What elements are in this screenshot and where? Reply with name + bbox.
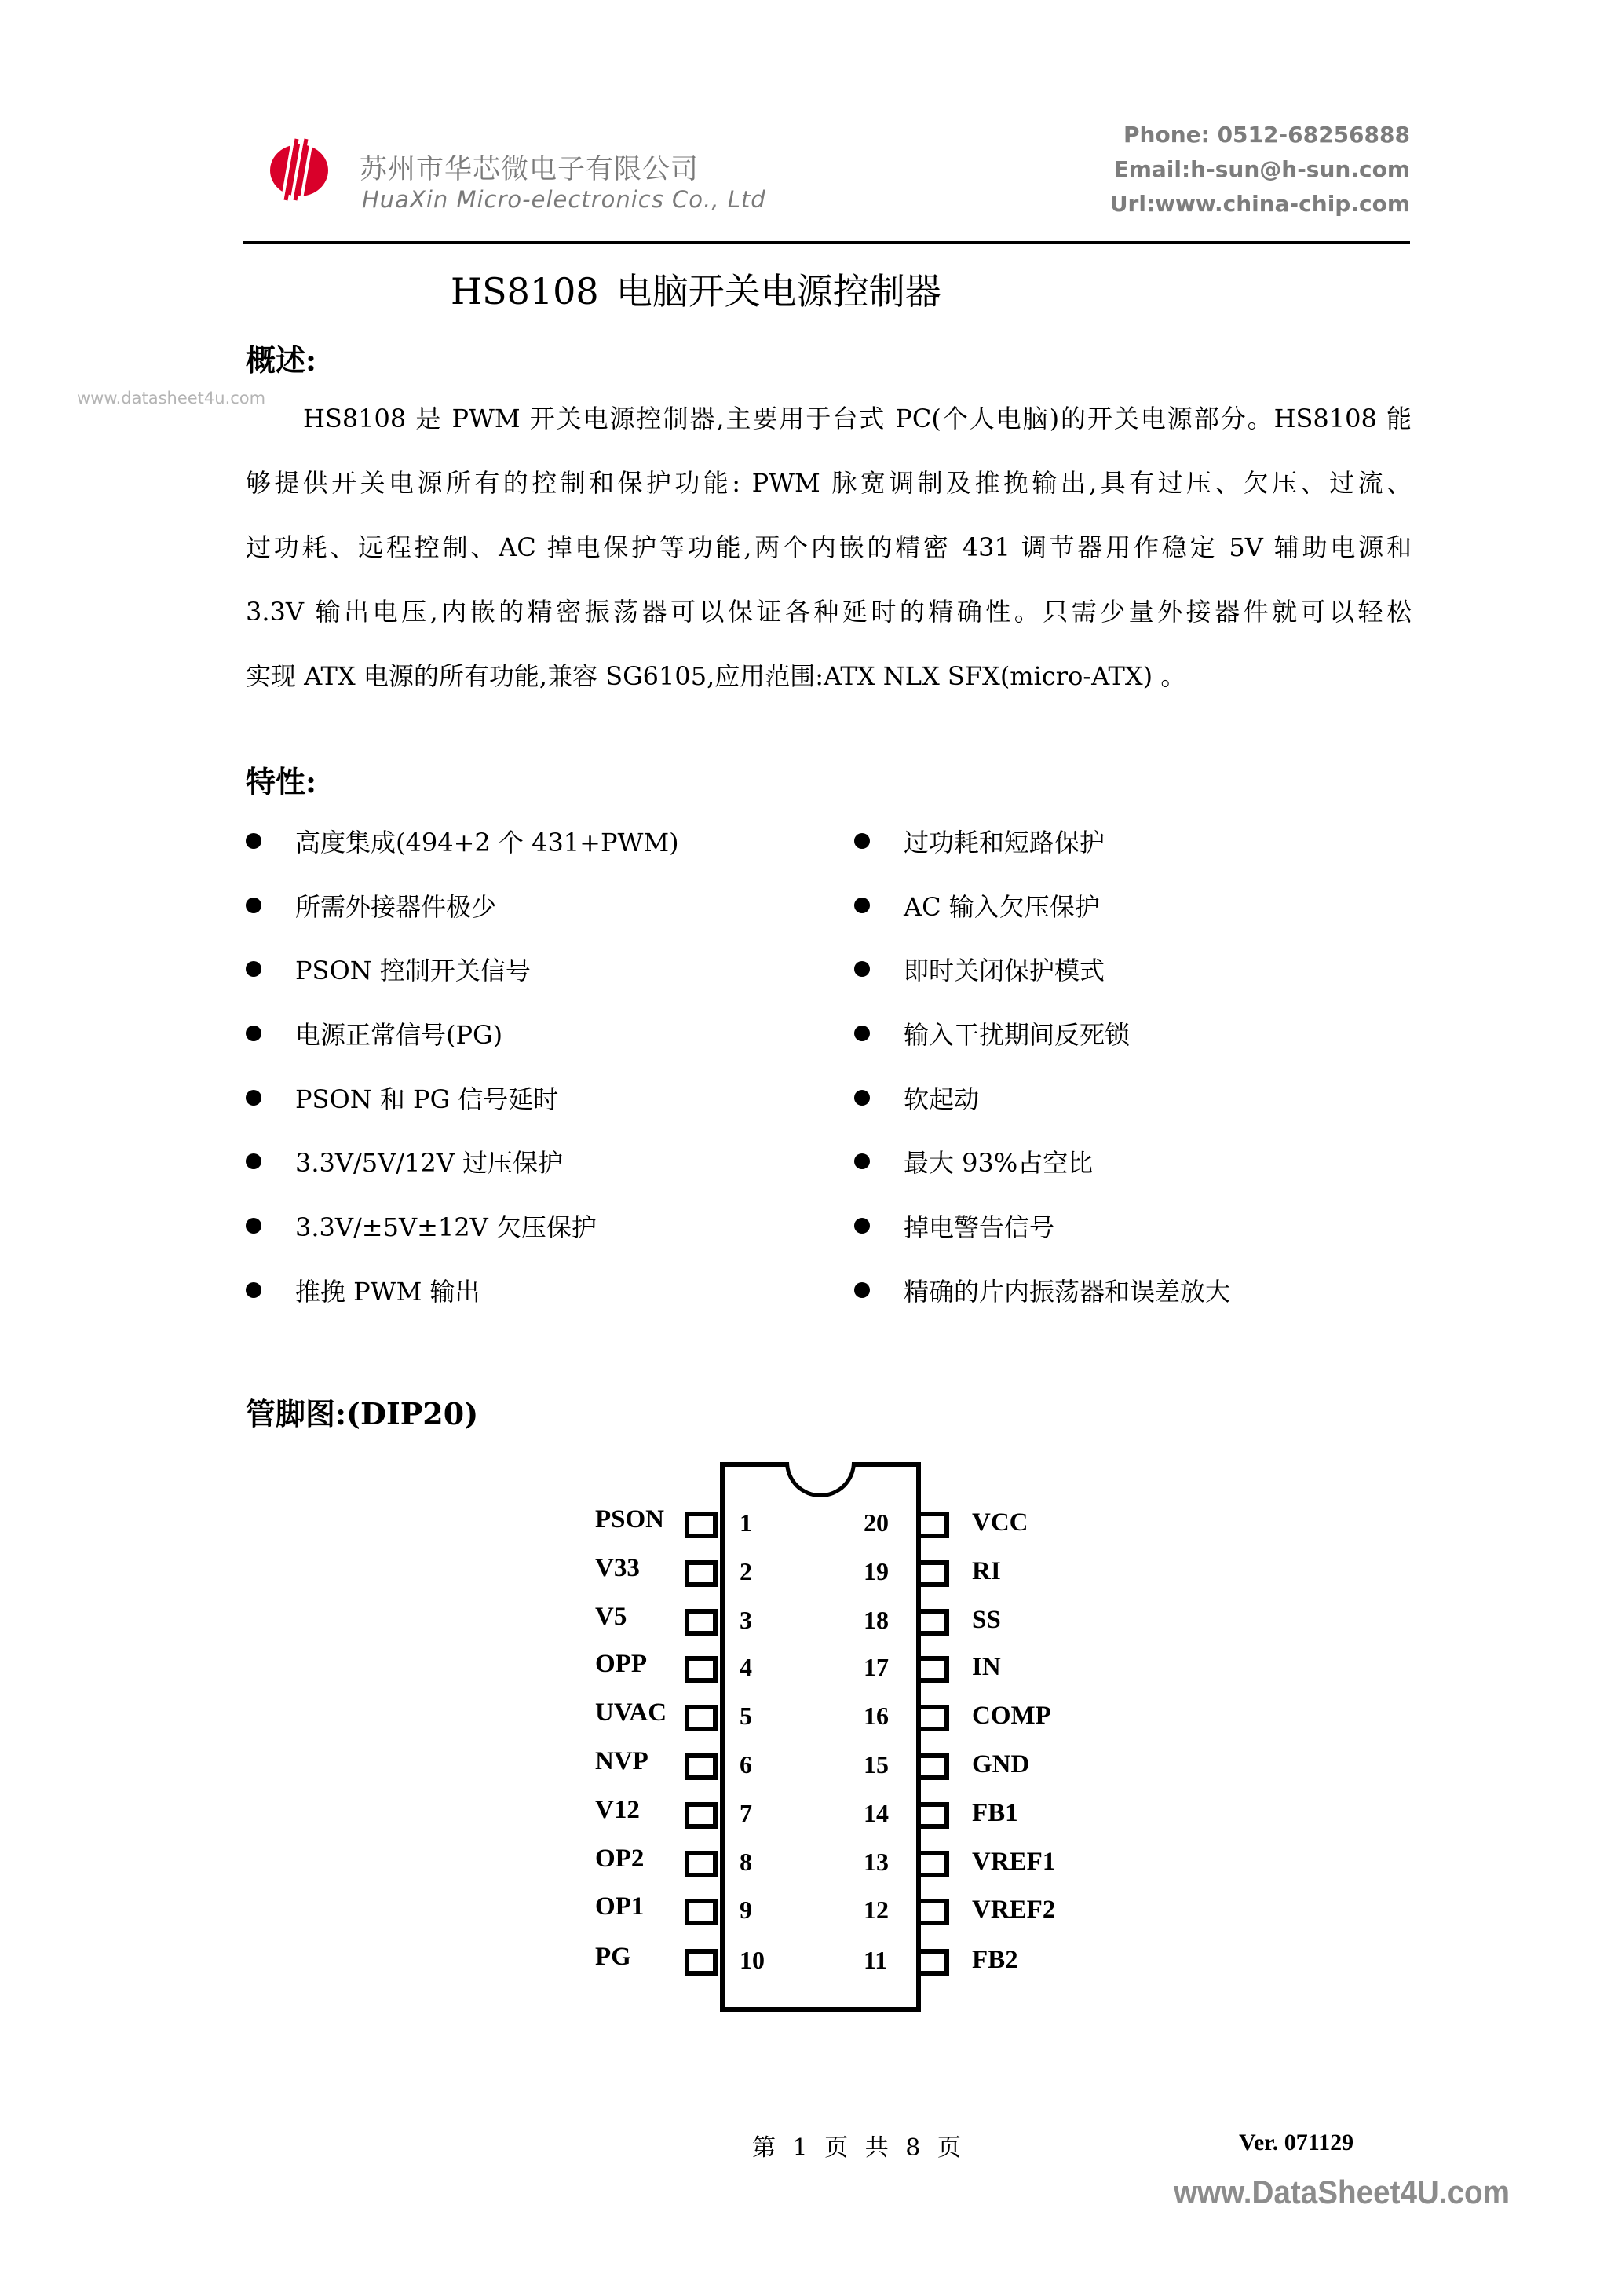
pin-label: IN xyxy=(972,1653,1001,1682)
watermark-left: www.datasheet4u.com xyxy=(77,389,265,408)
pin-label: PSON xyxy=(595,1505,664,1534)
bullet-icon xyxy=(246,1090,261,1106)
bullet-icon xyxy=(854,1282,870,1298)
pin-number: 8 xyxy=(740,1848,787,1877)
pin-number: 18 xyxy=(864,1606,911,1635)
bullet-icon xyxy=(854,1090,870,1106)
pin-label: OP1 xyxy=(595,1892,644,1921)
pin-pad-left xyxy=(685,1705,718,1731)
pin-label: VREF2 xyxy=(972,1896,1055,1925)
feature-item: 3.3V/±5V±12V 欠压保护 xyxy=(246,1194,679,1258)
feature-item: 所需外接器件极少 xyxy=(246,873,679,938)
bullet-icon xyxy=(246,961,261,977)
overview-paragraph-cont: 够提供开关电源所有的控制和保护功能: PWM 脉宽调制及推挽输出,具有过压、欠压… xyxy=(246,451,1412,708)
bullet-icon xyxy=(854,1218,870,1234)
pin-number: 14 xyxy=(864,1799,911,1828)
ic-package-body xyxy=(720,1462,921,2012)
bullet-icon xyxy=(854,1153,870,1169)
email-text: Email:h-sun@h-sun.com xyxy=(1110,152,1410,187)
pin-number: 15 xyxy=(864,1750,911,1779)
pin-number: 19 xyxy=(864,1557,911,1586)
pin-label: VCC xyxy=(972,1508,1028,1537)
pin-pad-right xyxy=(916,1802,949,1829)
pin-number: 1 xyxy=(740,1508,787,1537)
pin-pad-left xyxy=(685,1656,718,1683)
pin-label: GND xyxy=(972,1750,1029,1779)
feature-item: 掉电警告信号 xyxy=(854,1194,1230,1258)
feature-item: 软起动 xyxy=(854,1066,1230,1130)
feature-item: 即时关闭保护模式 xyxy=(854,937,1230,1001)
pin-pad-left xyxy=(685,1560,718,1587)
overview-line: 实现 ATX 电源的所有功能,兼容 SG6105,应用范围:ATX NLX SF… xyxy=(246,644,1412,708)
company-name-en: HuaXin Micro-electronics Co., Ltd xyxy=(362,186,766,213)
pin-label: VREF1 xyxy=(972,1848,1055,1877)
company-logo xyxy=(267,137,331,202)
pin-label: OPP xyxy=(595,1650,647,1679)
features-list-right: 过功耗和短路保护 AC 输入欠压保护 即时关闭保护模式 输入干扰期间反死锁 软起… xyxy=(854,809,1230,1322)
feature-item: 输入干扰期间反死锁 xyxy=(854,1001,1230,1066)
bullet-icon xyxy=(246,1218,261,1234)
pin-number: 11 xyxy=(864,1946,911,1975)
feature-item: 精确的片内振荡器和误差放大 xyxy=(854,1258,1230,1322)
pin-label: NVP xyxy=(595,1747,648,1776)
feature-item: 推挽 PWM 输出 xyxy=(246,1258,679,1322)
pin-pad-right xyxy=(916,1705,949,1731)
feature-item: 过功耗和短路保护 xyxy=(854,809,1230,873)
pin-label: SS xyxy=(972,1606,1001,1635)
bullet-icon xyxy=(246,1153,261,1169)
pin-pad-right xyxy=(916,1949,949,1976)
pin-pad-left xyxy=(685,1802,718,1829)
pin-pad-right xyxy=(916,1851,949,1877)
pin-label: RI xyxy=(972,1557,1001,1586)
url-text: Url:www.china-chip.com xyxy=(1110,187,1410,221)
feature-item: PSON 控制开关信号 xyxy=(246,937,679,1001)
contact-info: Phone: 0512-68256888 Email:h-sun@h-sun.c… xyxy=(1110,118,1410,221)
pin-number: 20 xyxy=(864,1508,911,1537)
feature-item: 高度集成(494+2 个 431+PWM) xyxy=(246,809,679,873)
pin-number: 10 xyxy=(740,1946,787,1975)
header-divider xyxy=(243,241,1410,244)
phone-text: Phone: 0512-68256888 xyxy=(1110,118,1410,152)
pin-pad-left xyxy=(685,1949,718,1976)
feature-item: PSON 和 PG 信号延时 xyxy=(246,1066,679,1130)
pin-pad-left xyxy=(685,1753,718,1780)
pin-pad-right xyxy=(916,1560,949,1587)
feature-item: 3.3V/5V/12V 过压保护 xyxy=(246,1129,679,1194)
pin-label: V12 xyxy=(595,1796,640,1825)
pin-pad-right xyxy=(916,1753,949,1780)
pin-number: 5 xyxy=(740,1702,787,1731)
overview-line: 过功耗、远程控制、AC 掉电保护等功能,两个内嵌的精密 431 调节器用作稳定 … xyxy=(246,515,1412,579)
bullet-icon xyxy=(246,833,261,849)
pin-label: PG xyxy=(595,1943,631,1972)
document-title: HS8108电脑开关电源控制器 xyxy=(451,263,941,315)
bullet-icon xyxy=(854,961,870,977)
pin-label: V33 xyxy=(595,1554,640,1583)
pin-number: 6 xyxy=(740,1750,787,1779)
pin-number: 12 xyxy=(864,1896,911,1925)
pin-number: 7 xyxy=(740,1799,787,1828)
feature-item: 电源正常信号(PG) xyxy=(246,1001,679,1066)
company-name-cn: 苏州市华芯微电子有限公司 xyxy=(360,148,699,187)
pin-pad-left xyxy=(685,1851,718,1877)
pin-pad-right xyxy=(916,1512,949,1538)
pin-number: 9 xyxy=(740,1896,787,1925)
pin-label: FB2 xyxy=(972,1946,1018,1975)
pin-label: COMP xyxy=(972,1702,1051,1731)
pin-label: UVAC xyxy=(595,1698,667,1727)
pin-label: FB1 xyxy=(972,1799,1018,1828)
pin-number: 3 xyxy=(740,1606,787,1635)
pin-pad-left xyxy=(685,1899,718,1925)
pin-pad-right xyxy=(916,1656,949,1683)
pin-number: 4 xyxy=(740,1653,787,1682)
features-list-left: 高度集成(494+2 个 431+PWM) 所需外接器件极少 PSON 控制开关… xyxy=(246,809,679,1322)
pinout-heading: 管脚图:(DIP20) xyxy=(246,1390,478,1433)
logo-icon xyxy=(267,137,331,202)
pin-number: 17 xyxy=(864,1653,911,1682)
watermark-bottom: www.DataSheet4U.com xyxy=(1174,2174,1510,2211)
bullet-icon xyxy=(246,1026,261,1041)
pin-pad-left xyxy=(685,1512,718,1538)
pin-label: V5 xyxy=(595,1603,627,1632)
feature-item: AC 输入欠压保护 xyxy=(854,873,1230,938)
feature-item: 最大 93%占空比 xyxy=(854,1129,1230,1194)
pin-number: 2 xyxy=(740,1557,787,1586)
pin-pad-left xyxy=(685,1609,718,1636)
pin-number: 16 xyxy=(864,1702,911,1731)
pin-number: 13 xyxy=(864,1848,911,1877)
bullet-icon xyxy=(854,1026,870,1041)
bullet-icon xyxy=(246,1282,261,1298)
overview-line: HS8108 是 PWM 开关电源控制器,主要用于台式 PC(个人电脑)的开关电… xyxy=(303,386,1412,451)
product-name: 电脑开关电源控制器 xyxy=(616,270,941,313)
pin-pad-right xyxy=(916,1609,949,1636)
overview-paragraph: HS8108 是 PWM 开关电源控制器,主要用于台式 PC(个人电脑)的开关电… xyxy=(303,386,1412,451)
features-heading: 特性: xyxy=(246,758,316,801)
bullet-icon xyxy=(854,833,870,849)
page-number: 第 1 页 共 8 页 xyxy=(752,2128,966,2163)
bullet-icon xyxy=(246,898,261,913)
version-label: Ver. 071129 xyxy=(1239,2130,1353,2156)
pin-label: OP2 xyxy=(595,1844,644,1874)
bullet-icon xyxy=(854,898,870,913)
overview-line: 3.3V 输出电压,内嵌的精密振荡器可以保证各种延时的精确性。只需少量外接器件就… xyxy=(246,579,1412,644)
part-number: HS8108 xyxy=(451,270,599,313)
overview-line: 够提供开关电源所有的控制和保护功能: PWM 脉宽调制及推挽输出,具有过压、欠压… xyxy=(246,451,1412,515)
pin-pad-right xyxy=(916,1899,949,1925)
overview-heading: 概述: xyxy=(246,336,316,379)
